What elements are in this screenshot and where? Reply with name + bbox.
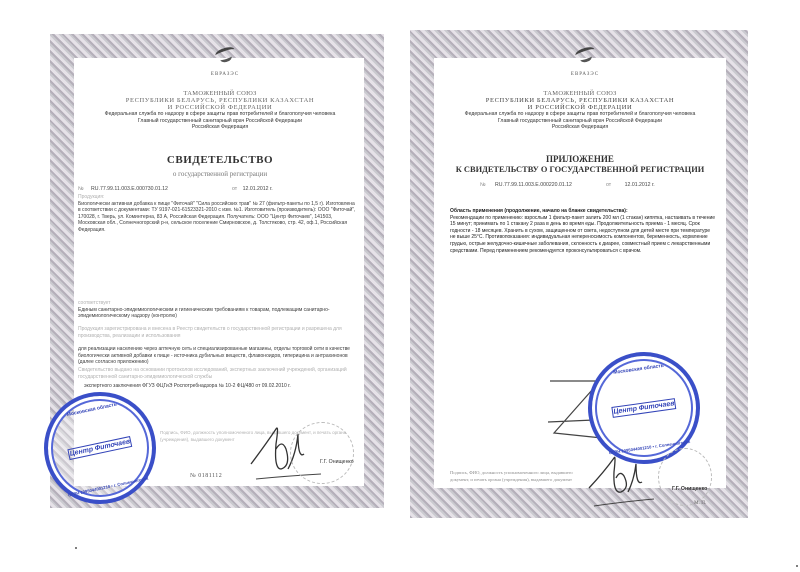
eurasec-emblem: ЕВРАЗЭС <box>200 46 250 80</box>
eurasec-logo-icon <box>212 46 238 62</box>
appendix-subtitle: К СВИДЕТЕЛЬСТВУ О ГОСУДАРСТВЕННОЙ РЕГИСТ… <box>428 165 732 174</box>
certificate-document: ЕВРАЗЭС ТАМОЖЕННЫЙ СОЮЗ РЕСПУБЛИКИ БЕЛАР… <box>50 34 384 508</box>
usage-text: для реализации населению через аптечную … <box>78 346 358 366</box>
registration-date-row: от 12.01.2012 г. <box>232 186 273 192</box>
faded-seal <box>658 448 712 506</box>
signature <box>586 450 656 510</box>
expert-conclusion: экспертного заключения ФГУЗ ФЦГиЭ Роспот… <box>84 383 364 390</box>
header-union: ТАМОЖЕННЫЙ СОЮЗ <box>434 90 726 97</box>
registry-note: Продукция зарегистрирована и внесена в Р… <box>78 326 358 339</box>
registration-number: RU.77.99.11.003.Е.000220.01.12 <box>495 182 572 188</box>
stamp-center-text: Центр Фиточаев <box>611 398 676 418</box>
product-section: Продукция: Биологически активная добавка… <box>78 194 358 234</box>
header-country: Российская Федерация <box>434 124 726 131</box>
form-serial-number: № 0181112 <box>190 473 222 479</box>
certificate-header: ТАМОЖЕННЫЙ СОЮЗ РЕСПУБЛИКИ БЕЛАРУСЬ, РЕС… <box>70 90 370 131</box>
header-service: Федеральная служба по надзору в сфере за… <box>70 111 370 118</box>
date-prefix: от <box>606 182 611 188</box>
header-republics-2: И РОССИЙСКОЙ ФЕДЕРАЦИИ <box>70 104 370 111</box>
emblem-caption: ЕВРАЗЭС <box>211 72 239 77</box>
product-text: Биологически активная добавка к пище "Фи… <box>78 201 358 234</box>
header-country: Российская Федерация <box>70 124 370 131</box>
scope-text: Рекомендации по применению: взрослым 1 ф… <box>450 215 716 255</box>
signer-name: Г.Г. Онищенко <box>672 486 707 492</box>
number-prefix: № <box>480 182 486 188</box>
compliance-section: соответствует Единым санитарно-эпидемиол… <box>78 300 358 320</box>
signer-name: Г.Г. Онищенко <box>320 459 354 465</box>
registration-number-row: № RU.77.99.11.003.Е.000730.01.12 <box>78 186 168 192</box>
compliance-text: Единым санитарно-эпидемиологическим и ги… <box>78 307 358 320</box>
registration-date: 12.01.2012 г. <box>243 186 273 192</box>
date-prefix: от <box>232 186 237 192</box>
faded-seal <box>290 422 354 484</box>
header-service: Федеральная служба по надзору в сфере за… <box>434 111 726 118</box>
header-union: ТАМОЖЕННЫЙ СОЮЗ <box>70 90 370 97</box>
header-republics-2: И РОССИЙСКОЙ ФЕДЕРАЦИИ <box>434 104 726 111</box>
registration-number-row: № RU.77.99.11.003.Е.000220.01.12 <box>480 182 572 188</box>
registration-date-row: от 12.01.2012 г. <box>606 182 655 188</box>
basis-note: Свидетельство выдано на основании проток… <box>78 367 358 380</box>
header-republics-1: РЕСПУБЛИКИ БЕЛАРУСЬ, РЕСПУБЛИКИ КАЗАХСТА… <box>434 97 726 104</box>
signature-caption: Подпись, ФИО, должность уполномоченного … <box>450 470 590 483</box>
scan-speck <box>796 565 798 567</box>
registration-number: RU.77.99.11.003.Е.000730.01.12 <box>91 186 168 192</box>
number-prefix: № <box>78 186 84 192</box>
stamp-center-text: Центр Фиточаев <box>67 436 132 460</box>
eurasec-emblem: ЕВРАЗЭС <box>560 46 610 80</box>
certificate-subtitle: о государственной регистрации <box>70 170 370 178</box>
scope-section: Область применения (продолжение, начало … <box>450 208 716 254</box>
registration-date: 12.01.2012 г. <box>625 182 655 188</box>
emblem-caption: ЕВРАЗЭС <box>571 72 599 77</box>
seal-mark: М. П. <box>694 500 706 506</box>
compliance-label: соответствует <box>78 300 358 307</box>
certificate-appendix-document: ЕВРАЗЭС ТАМОЖЕННЫЙ СОЮЗ РЕСПУБЛИКИ БЕЛАР… <box>410 30 748 518</box>
certificate-title: СВИДЕТЕЛЬСТВО <box>70 154 370 166</box>
scope-label: Область применения (продолжение, начало … <box>450 208 716 215</box>
scan-speck <box>75 547 77 549</box>
eurasec-logo-icon <box>572 46 598 62</box>
product-label: Продукция: <box>78 194 358 201</box>
header-republics-1: РЕСПУБЛИКИ БЕЛАРУСЬ, РЕСПУБЛИКИ КАЗАХСТА… <box>70 97 370 104</box>
appendix-header: ТАМОЖЕННЫЙ СОЮЗ РЕСПУБЛИКИ БЕЛАРУСЬ, РЕС… <box>434 90 726 131</box>
appendix-title: ПРИЛОЖЕНИЕ <box>434 154 726 164</box>
